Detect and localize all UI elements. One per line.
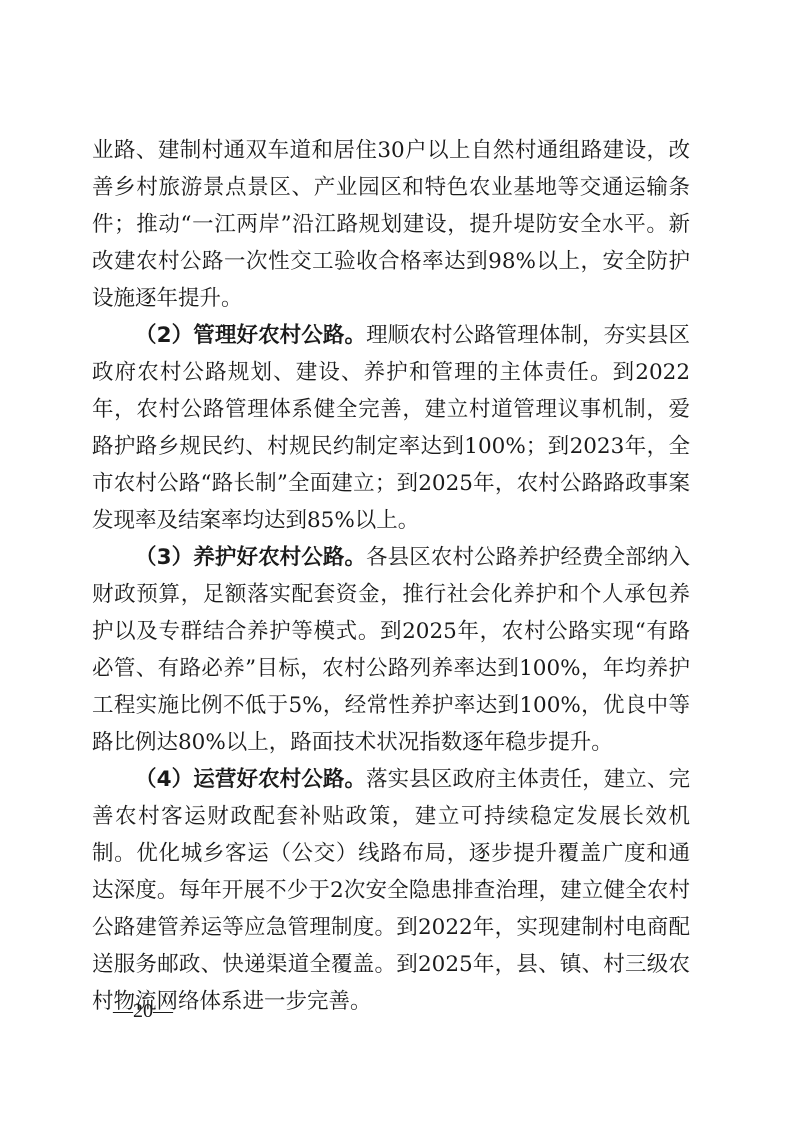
paragraph-manage-rural-roads: （2）管理好农村公路。理顺农村公路管理体制，夯实县区政府农村公路规划、建设、养护…: [92, 317, 690, 539]
paragraph-heading: （4）运营好农村公路。: [135, 767, 366, 792]
paragraph-continued: 业路、建制村通双车道和居住30户以上自然村通组路建设，改善乡村旅游景点景区、产业…: [92, 132, 690, 317]
document-body: 业路、建制村通双车道和居住30户以上自然村通组路建设，改善乡村旅游景点景区、产业…: [92, 132, 690, 1020]
paragraph-body: 落实县区政府主体责任，建立、完善农村客运财政配套补贴政策，建立可持续稳定发展长效…: [92, 767, 690, 1014]
paragraph-body: 理顺农村公路管理体制，夯实县区政府农村公路规划、建设、养护和管理的主体责任。到2…: [92, 323, 690, 533]
page-number: —20—: [113, 1000, 173, 1023]
paragraph-heading: （3）养护好农村公路。: [135, 545, 366, 570]
paragraph-body: 业路、建制村通双车道和居住30户以上自然村通组路建设，改善乡村旅游景点景区、产业…: [92, 138, 690, 311]
paragraph-heading: （2）管理好农村公路。: [135, 323, 366, 348]
paragraph-body: 各县区农村公路养护经费全部纳入财政预算，足额落实配套资金，推行社会化养护和个人承…: [92, 545, 690, 755]
paragraph-operate-rural-roads: （4）运营好农村公路。落实县区政府主体责任，建立、完善农村客运财政配套补贴政策，…: [92, 761, 690, 1020]
paragraph-maintain-rural-roads: （3）养护好农村公路。各县区农村公路养护经费全部纳入财政预算，足额落实配套资金，…: [92, 539, 690, 761]
